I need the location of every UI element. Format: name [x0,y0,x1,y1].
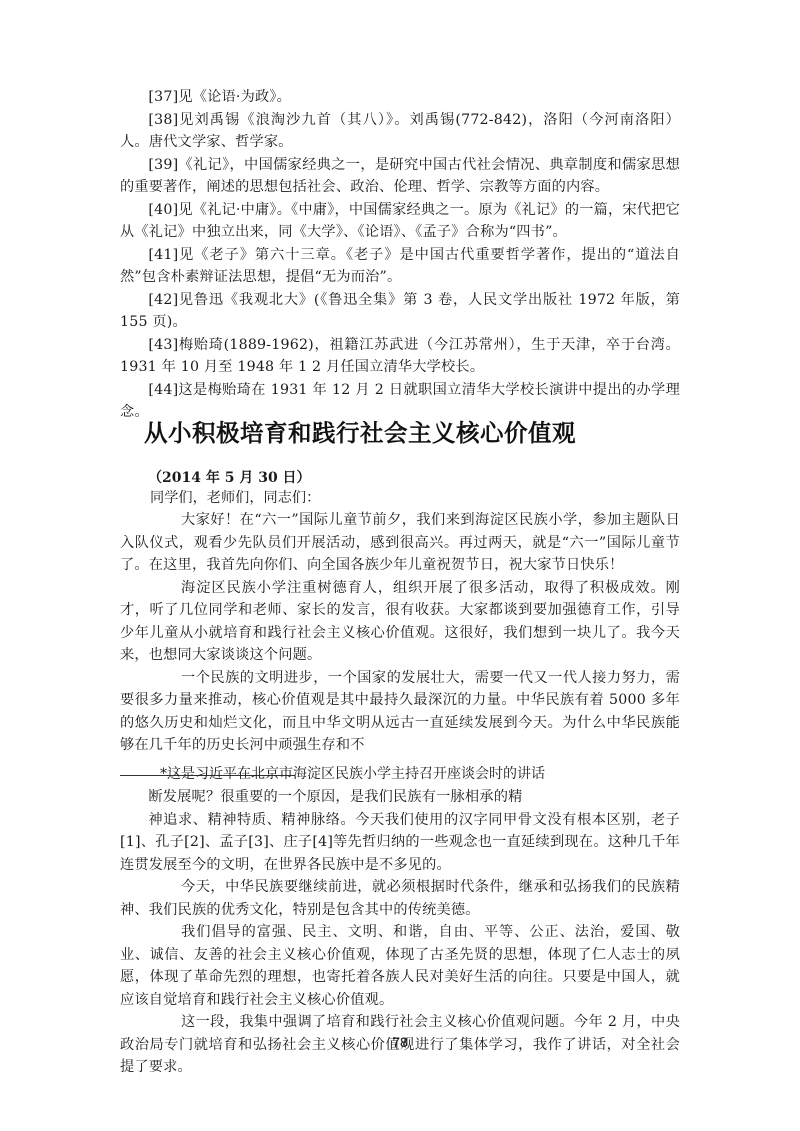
footnote: *这是习近平在北京市海淀区民族小学主持召开座谈会时的讲话 [160,763,545,783]
continuation-line-1: 断发展呢？很重要的一个原因，是我们民族有一脉相承的精 [120,786,680,809]
article-body-top: 大家好！在“六一”国际儿童节前夕，我们来到海淀区民族小学，参加主题队日入队仪式，… [120,509,680,757]
paragraph-2: 海淀区民族小学注重树德育人，组织开展了很多活动，取得了积极成效。刚才，听了几位同… [120,577,680,667]
paragraph-4: 今天，中华民族要继续前进，就必须根据时代条件，继承和弘扬我们的民族精神、我们民族… [120,876,680,921]
endnote-41: [41]见《老子》第六十三章。《老子》是中国古代重要哲学著作，提出的“道法自然”… [120,244,680,289]
endnotes-section: [37]见《论语·为政》。 [38]见刘禹锡《浪淘沙九首（其八）》。刘禹锡(77… [120,86,680,424]
salutation: 同学们，老师们，同志们： [150,487,320,507]
paragraph-5: 我们倡导的富强、民主、文明、和谐，自由、平等、公正、法治，爱国、敬业、诚信、友善… [120,921,680,1011]
endnote-40: [40]见《礼记·中庸》。《中庸》，中国儒家经典之一。原为《礼记》的一篇，宋代把… [120,199,680,244]
endnote-43: [43]梅贻琦(1889-1962)，祖籍江苏武进（今江苏常州），生于天津，卒于… [120,334,680,379]
paragraph-1: 大家好！在“六一”国际儿童节前夕，我们来到海淀区民族小学，参加主题队日入队仪式，… [120,509,680,577]
endnote-39: [39]《礼记》，中国儒家经典之一，是研究中国古代社会情况、典章制度和儒家思想的… [120,154,680,199]
paragraph-3: 一个民族的文明进步，一个国家的发展壮大，需要一代又一代人接力努力，需要很多力量来… [120,667,680,757]
document-page: [37]见《论语·为政》。 [38]见刘禹锡《浪淘沙九首（其八）》。刘禹锡(77… [0,0,800,1131]
page-number: 78 [0,1034,800,1050]
article-title: 从小积极培育和践行社会主义核心价值观 [120,414,600,448]
continuation-line-2: 神追求、精神特质、精神脉络。今天我们使用的汉字同甲骨文没有根本区别，老子[1]、… [120,809,680,877]
endnote-38: [38]见刘禹锡《浪淘沙九首（其八）》。刘禹锡(772-842)，洛阳（今河南洛… [120,109,680,154]
endnote-42: [42]见鲁迅《我观北大》(《鲁迅全集》第 3 卷，人民文学出版社 1972 年… [120,289,680,334]
article-date: （2014 年 5 月 30 日） [148,467,311,487]
endnote-37: [37]见《论语·为政》。 [120,86,680,109]
